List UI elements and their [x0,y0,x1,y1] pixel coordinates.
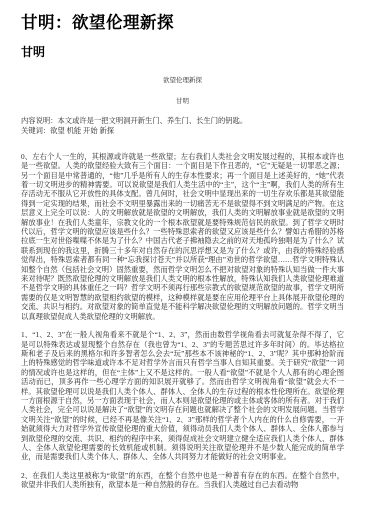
page-title: 甘明：欲望伦理新探 [21,13,344,34]
document-page: 甘明：欲望伦理新探 甘明 欲望伦理新探 甘明 内容说明：本文或许是一把文明洞开新… [0,0,365,516]
body-paragraph-1: 1、“1、2、3”在一般人视角看来不就是个“1、2、3”，然而由数哲学视角看去可… [21,330,344,462]
abstract-line: 内容说明：本文或许是一把文明洞开新生门、养生门、长生门的钥匙。 [21,116,344,125]
author-heading: 甘明 [21,45,344,59]
body-paragraph-2: 2、在我们人类这里被称为“欲望”的东西，在整个自然中也是一种普有存在的东西。在整… [21,471,344,490]
keywords-line: 关键词：欲望 机能 开始 新探 [21,126,344,135]
body-paragraph-0: 0、左右个人一生的，其根源或许就是一些欲望；左右我们人类社会文明发展过程的，其根… [21,152,344,321]
inner-document-title: 欲望伦理新探 [21,76,344,85]
inner-document-author: 甘明 [21,97,344,106]
